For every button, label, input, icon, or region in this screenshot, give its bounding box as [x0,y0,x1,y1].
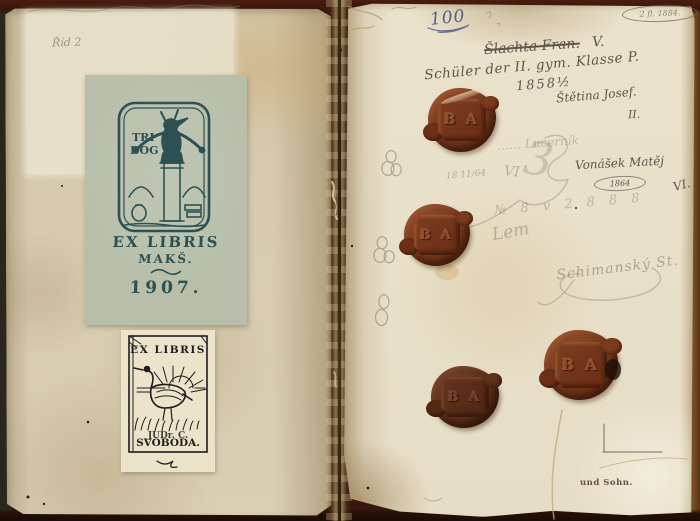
seal-initials: B A [562,356,601,374]
triglav-motto-line1: TRI [132,131,154,144]
pencil-loop-doodles [374,151,401,326]
pencil-corner-lines [603,424,662,452]
triglav-motto-line2: BOG [130,144,158,157]
vonasek-year-text: 1864 [610,178,631,188]
page-number: 100 [429,6,466,30]
svoboda-artwork: EX LIBRIS JUDr. C. SVOBODA. [121,330,215,472]
triglav-ex-libris-text: EX LIBRIS [85,233,248,251]
owner-stetina-class: II. [628,108,641,122]
inscription-struck-suffix: V. [592,34,605,51]
triglav-tilde-flourish [146,267,186,277]
seal-initials: B A [444,112,481,128]
svoboda-owner-name: SVOBODA. [136,437,200,449]
triglav-year-text: 1907. [85,278,248,298]
bookplate-triglav: TRI BOG EX LIBRIS MAKŠ. 1907. [85,75,247,325]
printed-fragment: und Sohn. [580,478,633,488]
triglav-artwork: TRI BOG [85,75,247,233]
seal-stamp: B A [438,99,486,141]
seal-initials: B A [448,390,483,405]
seal-stamp: B A [414,215,460,256]
seal-stamp: B A [441,377,489,418]
svoboda-ex-libris-text: EX LIBRIS [130,344,206,356]
triglav-owner-name: MAKŠ. [85,252,248,266]
binding-threads [332,182,338,387]
bookplate-svoboda: EX LIBRIS JUDr. C. SVOBODA. [121,330,215,472]
pencil-corner-note: Říd 2 [52,35,82,49]
seal-initials: B A [420,228,455,243]
price-note-text: 2 fl. 1884. [639,8,680,18]
pencil-numeral-vi: VI [503,163,520,180]
seal-stamp: B A [555,342,607,388]
book-endpaper-scan: Říd 2 [0,0,700,521]
